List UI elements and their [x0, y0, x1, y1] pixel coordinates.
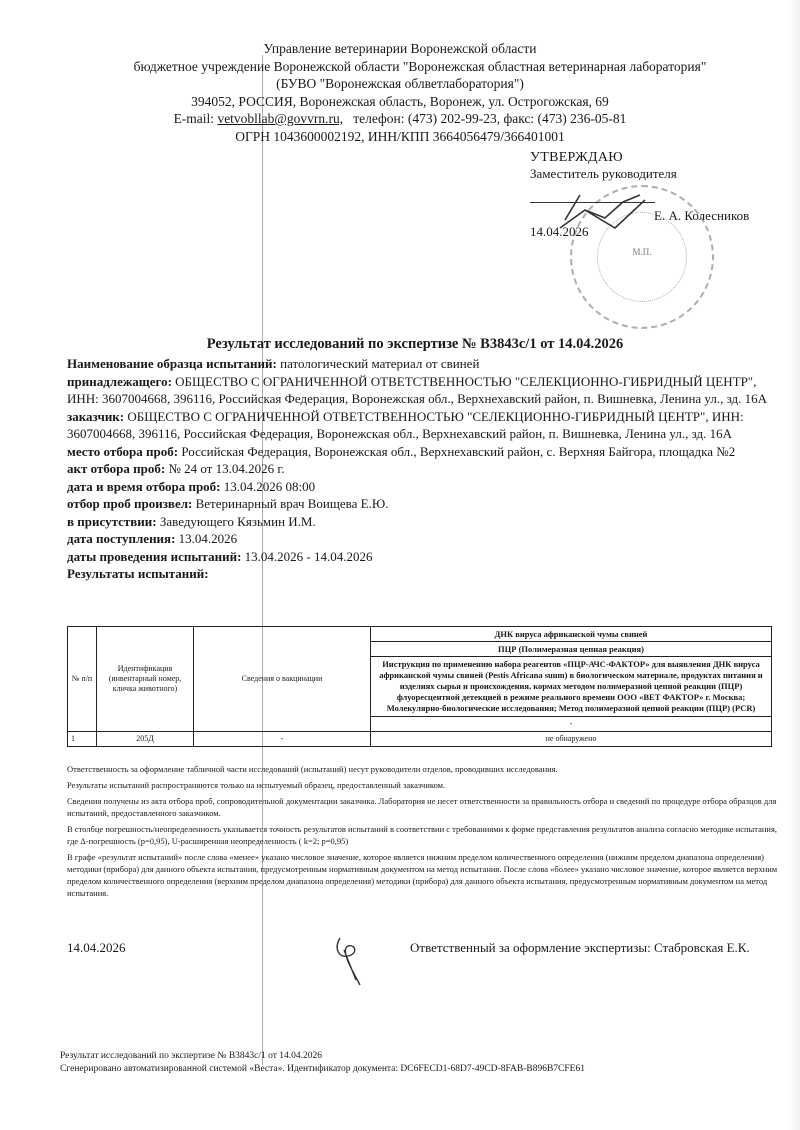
field-value: 13.04.2026 [179, 531, 238, 546]
lab-header: Управление ветеринарии Воронежской облас… [0, 40, 800, 145]
field-row: заказчик: ОБЩЕСТВО С ОГРАНИЧЕННОЙ ОТВЕТС… [67, 408, 782, 443]
field-value: Заведующего Кязьмин И.М. [160, 514, 316, 529]
unit-row: - [371, 717, 772, 732]
field-label: Наименование образца испытаний: [67, 356, 277, 371]
field-value: ОБЩЕСТВО С ОГРАНИЧЕННОЙ ОТВЕТСТВЕННОСТЬЮ… [67, 374, 767, 407]
field-row: Наименование образца испытаний: патологи… [67, 355, 782, 373]
row-identification: 205Д [97, 732, 194, 747]
field-row: место отбора проб: Российская Федерация,… [67, 443, 782, 461]
sample-details: Наименование образца испытаний: патологи… [67, 355, 782, 583]
document-title: Результат исследований по экспертизе № В… [0, 336, 800, 353]
field-row: акт отбора проб: № 24 от 13.04.2026 г. [67, 460, 782, 478]
field-label: дата поступления: [67, 531, 175, 546]
field-label: даты проведения испытаний: [67, 549, 241, 564]
field-value: Российская Федерация, Воронежская обл., … [181, 444, 735, 459]
email-label: E-mail: [174, 111, 215, 126]
approver-signature-icon [545, 180, 655, 240]
header-institution: бюджетное учреждение Воронежской области… [0, 58, 800, 76]
note-source: Сведения получены из акта отбора проб, с… [67, 795, 782, 819]
page-edge [788, 0, 800, 1130]
test-method-full: Инструкция по применению набора реагенто… [371, 657, 772, 717]
field-value: ОБЩЕСТВО С ОГРАНИЧЕННОЙ ОТВЕТСТВЕННОСТЬЮ… [67, 409, 744, 442]
field-value: № 24 от 13.04.2026 г. [168, 461, 284, 476]
field-row: принадлежащего: ОБЩЕСТВО С ОГРАНИЧЕННОЙ … [67, 373, 782, 408]
note-scope: Результаты испытаний распространяются то… [67, 779, 782, 791]
note-responsibility: Ответственность за оформление табличной … [67, 763, 782, 775]
header-short-name: (БУВО "Воронежская облветлаборатория") [0, 75, 800, 93]
test-method-short: ПЦР (Полимеразная цепная реакция) [371, 642, 772, 657]
note-limits: В графе «результат испытаний» после слов… [67, 851, 782, 899]
responsible-person: Ответственный за оформление экспертизы: … [410, 940, 750, 956]
field-row: в присутствии: Заведующего Кязьмин И.М. [67, 513, 782, 531]
header-registration: ОГРН 1043600002192, ИНН/КПП 3664056479/3… [0, 128, 800, 146]
stamp-label: М.П. [572, 247, 712, 257]
row-number: 1 [68, 732, 97, 747]
col-header-number: № п/п [68, 627, 97, 732]
row-result: не обнаружено [371, 732, 772, 747]
test-name: ДНК вируса африканской чумы свиней [371, 627, 772, 642]
field-value: 13.04.2026 08:00 [224, 479, 315, 494]
results-label: Результаты испытаний: [67, 565, 782, 583]
generated-footer: Результат исследований по экспертизе № В… [60, 1050, 585, 1076]
field-value: патологический материал от свиней [280, 356, 479, 371]
col-header-vaccination: Сведения о вакцинации [194, 627, 371, 732]
field-row: отбор проб произвел: Ветеринарный врач В… [67, 495, 782, 513]
results-table: № п/п Идентификация (инвентарный номер, … [67, 626, 772, 747]
phones: телефон: (473) 202-99-23, факс: (473) 23… [353, 111, 626, 126]
approver-name: Е. А. Колесников [654, 208, 749, 224]
notes-section: Ответственность за оформление табличной … [67, 763, 782, 903]
approval-block: УТВЕРЖДАЮ Заместитель руководителя Е. А.… [530, 150, 780, 182]
field-row: дата и время отбора проб: 13.04.2026 08:… [67, 478, 782, 496]
field-label: в присутствии: [67, 514, 157, 529]
field-row: даты проведения испытаний: 13.04.2026 - … [67, 548, 782, 566]
footer-reference: Результат исследований по экспертизе № В… [60, 1050, 585, 1063]
field-value: 13.04.2026 - 14.04.2026 [245, 549, 373, 564]
field-value: Ветеринарный врач Воищева Е.Ю. [196, 496, 389, 511]
field-label: дата и время отбора проб: [67, 479, 221, 494]
col-header-identification: Идентификация (инвентарный номер, кличка… [97, 627, 194, 732]
note-uncertainty: В столбце погрешность/неопределенность у… [67, 823, 782, 847]
header-address: 394052, РОССИЯ, Воронежская область, Вор… [0, 93, 800, 111]
field-label: акт отбора проб: [67, 461, 165, 476]
responsible-signature-icon [330, 930, 370, 990]
field-label: место отбора проб: [67, 444, 178, 459]
row-vaccination: - [194, 732, 371, 747]
field-label: принадлежащего: [67, 374, 172, 389]
footer-document-id: Сгенерировано автоматизированной системо… [60, 1063, 585, 1076]
field-label: заказчик: [67, 409, 124, 424]
table-row: 1 205Д - не обнаружено [68, 732, 772, 747]
header-authority: Управление ветеринарии Воронежской облас… [0, 40, 800, 58]
header-contacts: E-mail: vetvobllab@govvrn.ru, телефон: (… [0, 110, 800, 128]
field-label: отбор проб произвел: [67, 496, 192, 511]
field-row: дата поступления: 13.04.2026 [67, 530, 782, 548]
footer-date: 14.04.2026 [67, 940, 126, 956]
approval-title: УТВЕРЖДАЮ [530, 150, 780, 166]
email-link[interactable]: vetvobllab@govvrn.ru, [217, 111, 343, 126]
